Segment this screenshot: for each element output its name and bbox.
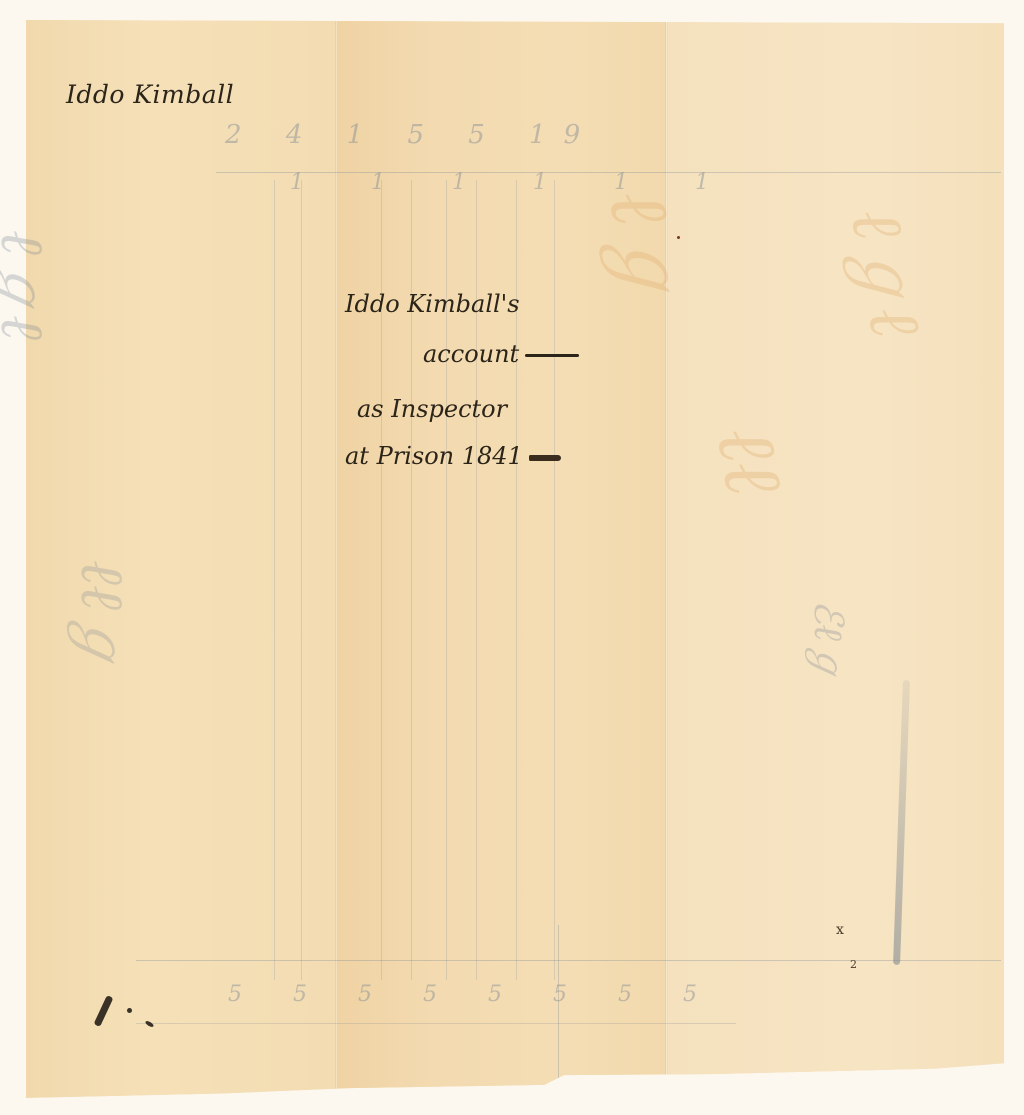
ink-blot	[127, 1008, 132, 1013]
pencil-column-stroke	[301, 180, 302, 980]
flourish-dash	[525, 354, 579, 357]
docket-line-4: at Prison 1841	[345, 442, 561, 470]
docket-text: as Inspector	[357, 395, 507, 423]
pencil-column-stroke	[558, 925, 559, 1085]
docket-text: Iddo Kimball's	[345, 290, 520, 318]
docket-text: account	[423, 340, 519, 368]
ink-speck	[677, 236, 680, 239]
marginal-mark: 2	[850, 958, 857, 971]
docket-line-3: as Inspector	[357, 395, 507, 423]
document-sheet	[26, 20, 1004, 1100]
pencil-rule-line	[136, 1023, 736, 1024]
docket-line-1: Iddo Kimball's	[345, 290, 520, 318]
pencil-column-stroke	[554, 180, 555, 980]
pencil-rule-line	[216, 172, 1001, 173]
docket-text: at Prison 1841	[345, 442, 523, 470]
fold-crease	[665, 20, 668, 1100]
pencil-column-stroke	[274, 180, 275, 980]
flourish-dash	[529, 455, 561, 461]
pencil-rule-line	[136, 960, 1001, 961]
marginal-mark: x	[836, 922, 844, 938]
right-fold-panel	[666, 20, 1004, 1100]
middle-fold-panel	[336, 20, 666, 1100]
top-left-name: Iddo Kimball	[66, 80, 234, 109]
left-fold-panel	[26, 20, 336, 1100]
docket-line-2: account	[423, 340, 579, 368]
fold-crease	[335, 20, 338, 1100]
